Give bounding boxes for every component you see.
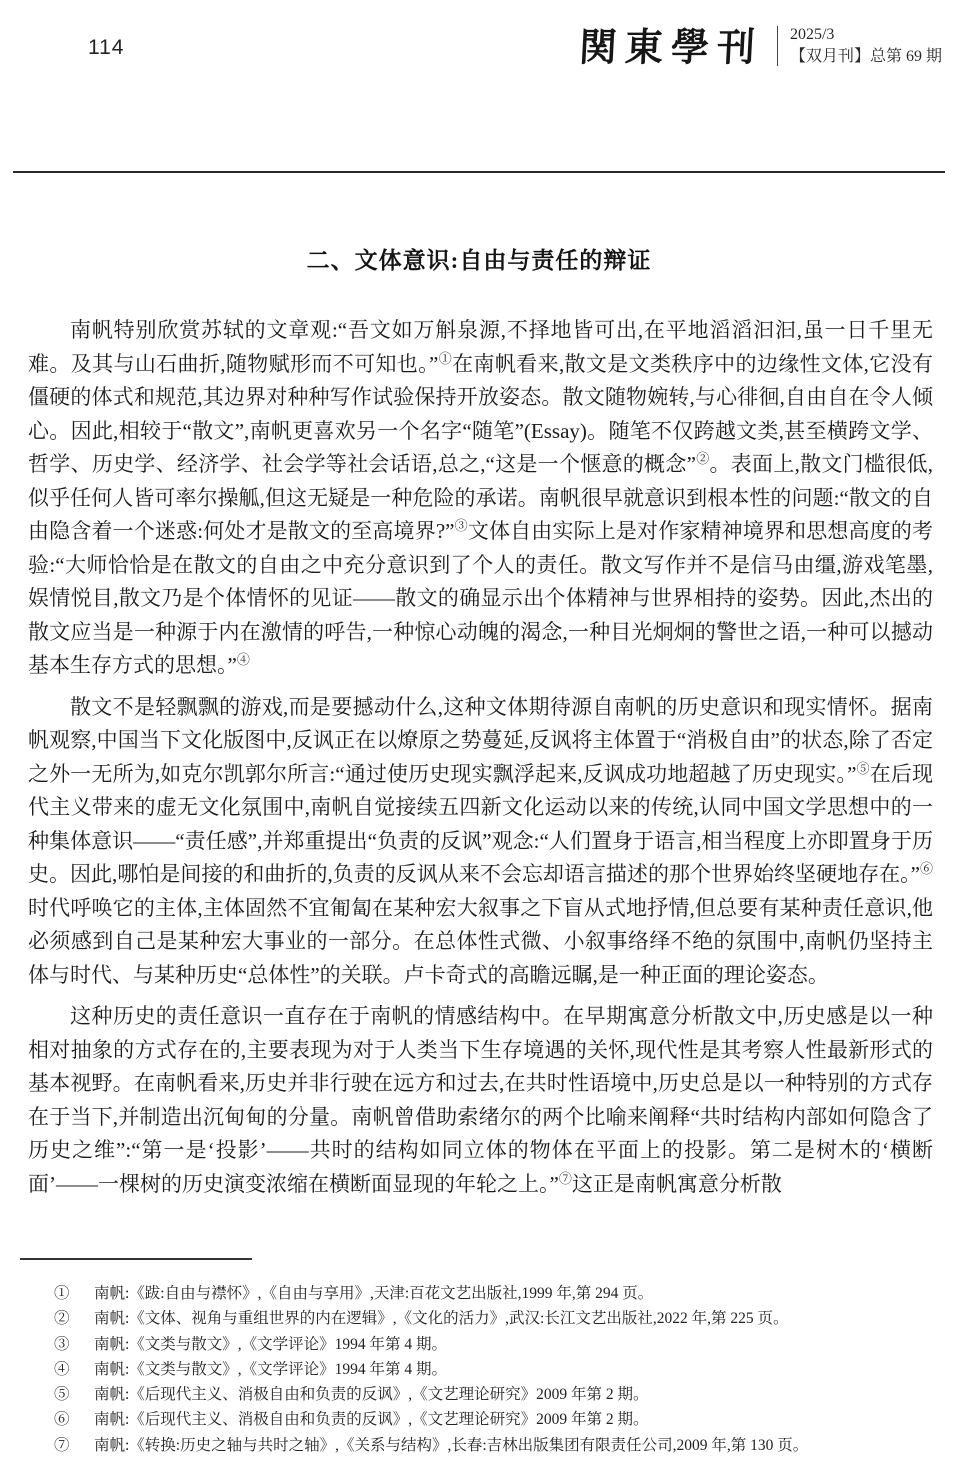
footnote-ref: ③: [455, 518, 468, 533]
footnote-item: ① 南帆:《跋:自由与襟怀》,《自由与享用》,天津:百花文艺出版社,1999 年…: [28, 1281, 938, 1306]
footnote-marker: ⑥: [28, 1407, 94, 1432]
issue-info: 2025/3 【双月刊】总第 69 期: [790, 24, 942, 67]
footnote-marker: ⑦: [28, 1433, 94, 1458]
issue-number: 【双月刊】总第 69 期: [790, 46, 942, 68]
footnote-marker: ③: [28, 1332, 94, 1357]
footnote-text: 南帆:《文类与散文》,《文学评论》1994 年第 4 期。: [94, 1357, 938, 1382]
footnote-item: ⑦ 南帆:《转换:历史之轴与共时之轴》,《关系与结构》,长春:吉林出版集团有限责…: [28, 1433, 938, 1458]
footnote-text: 南帆:《转换:历史之轴与共时之轴》,《关系与结构》,长春:吉林出版集团有限责任公…: [94, 1433, 938, 1458]
footnote-ref: ⑥: [920, 861, 933, 876]
footnote-text: 南帆:《后现代主义、消极自由和负责的反讽》,《文艺理论研究》2009 年第 2 …: [94, 1382, 938, 1407]
footnote-item: ⑤ 南帆:《后现代主义、消极自由和负责的反讽》,《文艺理论研究》2009 年第 …: [28, 1382, 938, 1407]
journal-page: 114 関東學刊 2025/3 【双月刊】总第 69 期 二、文体意识:自由与责…: [0, 0, 958, 1476]
footnote-ref: ⑦: [559, 1171, 572, 1186]
footnote-item: ③ 南帆:《文类与散文》,《文学评论》1994 年第 4 期。: [28, 1332, 938, 1357]
issue-date: 2025/3: [790, 24, 942, 46]
header-rule: [13, 171, 945, 173]
paragraph-2: 散文不是轻飘飘的游戏,而是要撼动什么,这种文体期待源自南帆的历史意识和现实情怀。…: [28, 691, 933, 993]
page-number: 114: [88, 36, 124, 60]
footnote-item: ② 南帆:《文体、视角与重组世界的内在逻辑》,《文化的活力》,武汉:长江文艺出版…: [28, 1306, 938, 1331]
footnote-ref: ①: [438, 351, 452, 366]
footnote-list: ① 南帆:《跋:自由与襟怀》,《自由与享用》,天津:百花文艺出版社,1999 年…: [28, 1281, 938, 1458]
footnote-separator: [20, 1258, 252, 1260]
footnote-text: 南帆:《跋:自由与襟怀》,《自由与享用》,天津:百花文艺出版社,1999 年,第…: [94, 1281, 938, 1306]
footnote-ref: ⑤: [856, 761, 869, 776]
footnote-ref: ④: [237, 652, 250, 667]
paragraph-1: 南帆特别欣赏苏轼的文章观:“吾文如万斛泉源,不择地皆可出,在平地滔滔汩汩,虽一日…: [28, 314, 933, 683]
footnote-marker: ①: [28, 1281, 94, 1306]
footnote-marker: ⑤: [28, 1382, 94, 1407]
paragraph-3: 这种历史的责任意识一直存在于南帆的情感结构中。在早期寓意分析散文中,历史感是以一…: [28, 1000, 933, 1201]
journal-title-calligraphy: 関東學刊: [578, 24, 764, 67]
journal-header: 関東學刊 2025/3 【双月刊】总第 69 期: [579, 24, 942, 67]
footnote-text: 南帆:《文体、视角与重组世界的内在逻辑》,《文化的活力》,武汉:长江文艺出版社,…: [94, 1306, 938, 1331]
footnote-item: ④ 南帆:《文类与散文》,《文学评论》1994 年第 4 期。: [28, 1357, 938, 1382]
footnote-item: ⑥ 南帆:《后现代主义、消极自由和负责的反讽》,《文艺理论研究》2009 年第 …: [28, 1407, 938, 1432]
section-heading: 二、文体意识:自由与责任的辩证: [0, 242, 958, 275]
header-divider: [777, 26, 778, 66]
footnote-ref: ②: [696, 451, 710, 466]
footnote-marker: ④: [28, 1357, 94, 1382]
footnote-marker: ②: [28, 1306, 94, 1331]
footnote-text: 南帆:《文类与散文》,《文学评论》1994 年第 4 期。: [94, 1332, 938, 1357]
footnote-text: 南帆:《后现代主义、消极自由和负责的反讽》,《文艺理论研究》2009 年第 2 …: [94, 1407, 938, 1432]
article-body: 南帆特别欣赏苏轼的文章观:“吾文如万斛泉源,不择地皆可出,在平地滔滔汩汩,虽一日…: [28, 314, 933, 1209]
